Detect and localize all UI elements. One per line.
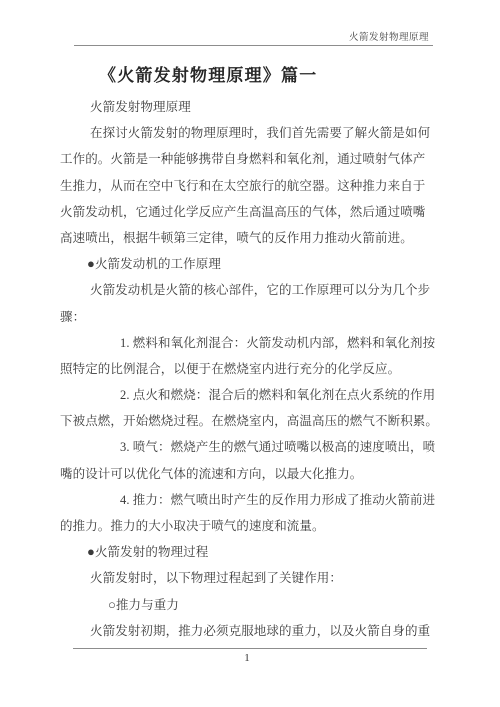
text-line-content: 火箭发动机是火箭的核心部件，它的工作原理可以分为几个步 bbox=[90, 283, 430, 297]
text-line-content: 生推力，从而在空中飞行和在太空旅行的航空器。这种推力来自于 bbox=[60, 179, 425, 193]
text-line: 1. 燃料和氧化剂混合：火箭发动机内部，燃料和氧化剂按 bbox=[60, 330, 440, 356]
text-line: 的推力。推力的大小取决于喷气的速度和流量。 bbox=[60, 513, 440, 539]
text-line-content: 火箭发射物理原理 bbox=[90, 100, 191, 114]
document-page: 火箭发射物理原理 《火箭发射物理原理》篇一 火箭发射物理原理在探讨火箭发射的物理… bbox=[0, 0, 500, 707]
footer-rule bbox=[73, 648, 427, 649]
text-line: 骤： bbox=[60, 304, 440, 330]
header-running-title: 火箭发射物理原理 bbox=[349, 29, 429, 43]
page-number: 1 bbox=[0, 652, 494, 664]
text-line: 2. 点火和燃烧：混合后的燃料和氧化剂在点火系统的作用 bbox=[60, 382, 440, 408]
text-line-content: 火箭发动机，它通过化学反应产生高温高压的气体，然后通过喷嘴 bbox=[60, 205, 425, 219]
text-line: 在探讨火箭发射的物理原理时，我们首先需要了解火箭是如何 bbox=[60, 120, 440, 146]
text-line-content: 4. 推力：燃气喷出时产生的反作用力形成了推动火箭前进 bbox=[120, 493, 435, 507]
text-line-content: 火箭发射的物理过程 bbox=[95, 545, 208, 559]
text-line-content: 工作的。火箭是一种能够携带自身燃料和氧化剂，通过喷射气体产 bbox=[60, 152, 425, 166]
text-line-content: 火箭发动机的工作原理 bbox=[95, 257, 221, 271]
text-line: ●火箭发动机的工作原理 bbox=[60, 251, 440, 277]
bullet-circle-icon: ○ bbox=[108, 592, 116, 618]
text-line: 3. 喷气：燃烧产生的燃气通过喷嘴以极高的速度喷出，喷 bbox=[60, 434, 440, 460]
text-line: 火箭发动机是火箭的核心部件，它的工作原理可以分为几个步 bbox=[60, 277, 440, 303]
header-rule bbox=[74, 45, 433, 46]
text-line: 生推力，从而在空中飞行和在太空旅行的航空器。这种推力来自于 bbox=[60, 173, 440, 199]
text-line: 火箭发射物理原理 bbox=[60, 94, 440, 120]
document-title: 《火箭发射物理原理》篇一 bbox=[99, 61, 317, 86]
text-line: 工作的。火箭是一种能够携带自身燃料和氧化剂，通过喷射气体产 bbox=[60, 146, 440, 172]
text-line: ●火箭发射的物理过程 bbox=[60, 539, 440, 565]
text-line-content: 高速喷出，根据牛顿第三定律，喷气的反作用力推动火箭前进。 bbox=[60, 231, 413, 245]
text-line-content: 2. 点火和燃烧：混合后的燃料和氧化剂在点火系统的作用 bbox=[120, 388, 435, 402]
text-line: 火箭发动机，它通过化学反应产生高温高压的气体，然后通过喷嘴 bbox=[60, 199, 440, 225]
text-line-content: 1. 燃料和氧化剂混合：火箭发动机内部，燃料和氧化剂按 bbox=[120, 336, 435, 350]
text-line-content: 火箭发射初期，推力必须克服地球的重力，以及火箭自身的重 bbox=[90, 624, 430, 638]
body-lines: 火箭发射物理原理在探讨火箭发射的物理原理时，我们首先需要了解火箭是如何工作的。火… bbox=[60, 94, 440, 644]
text-line-content: 火箭发射时，以下物理过程起到了关键作用： bbox=[90, 571, 342, 585]
text-line-content: 的推力。推力的大小取决于喷气的速度和流量。 bbox=[60, 519, 325, 533]
text-line-content: 3. 喷气：燃烧产生的燃气通过喷嘴以极高的速度喷出，喷 bbox=[120, 440, 435, 454]
text-line: 照特定的比例混合，以便于在燃烧室内进行充分的化学反应。 bbox=[60, 356, 440, 382]
bullet-solid-icon: ● bbox=[87, 539, 95, 565]
text-line-content: 嘴的设计可以优化气体的流速和方向，以最大化推力。 bbox=[60, 467, 362, 481]
text-line: 下被点燃，开始燃烧过程。在燃烧室内，高温高压的燃气不断积累。 bbox=[60, 408, 440, 434]
text-line: ○推力与重力 bbox=[60, 592, 440, 618]
text-line-content: 推力与重力 bbox=[116, 598, 179, 612]
text-line-content: 下被点燃，开始燃烧过程。在燃烧室内，高温高压的燃气不断积累。 bbox=[60, 414, 438, 428]
text-line: 火箭发射初期，推力必须克服地球的重力，以及火箭自身的重 bbox=[60, 618, 440, 644]
text-line-content: 骤： bbox=[60, 310, 85, 324]
text-line: 火箭发射时，以下物理过程起到了关键作用： bbox=[60, 565, 440, 591]
text-line: 高速喷出，根据牛顿第三定律，喷气的反作用力推动火箭前进。 bbox=[60, 225, 440, 251]
text-line: 4. 推力：燃气喷出时产生的反作用力形成了推动火箭前进 bbox=[60, 487, 440, 513]
text-line: 嘴的设计可以优化气体的流速和方向，以最大化推力。 bbox=[60, 461, 440, 487]
text-line-content: 照特定的比例混合，以便于在燃烧室内进行充分的化学反应。 bbox=[60, 362, 400, 376]
text-line-content: 在探讨火箭发射的物理原理时，我们首先需要了解火箭是如何 bbox=[90, 126, 430, 140]
bullet-solid-icon: ● bbox=[87, 251, 95, 277]
